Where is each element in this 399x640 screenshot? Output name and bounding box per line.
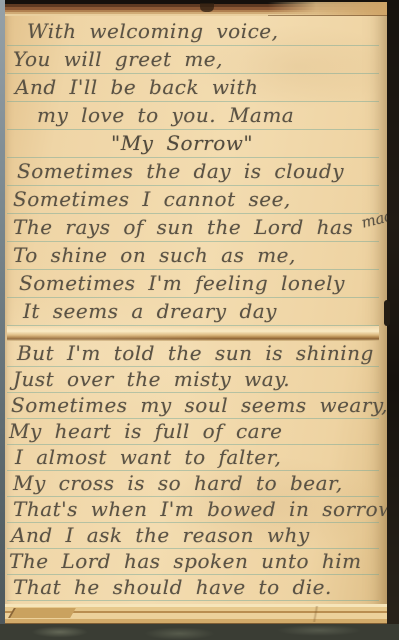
- handwritten-line-text: Sometimes I cannot see,: [13, 187, 291, 211]
- handwritten-line: But I'm told the sun is shining: [7, 341, 379, 367]
- handwritten-line-text: Just over the misty way.: [13, 367, 290, 391]
- handwritten-line-text: The rays of sun the Lord has: [13, 215, 353, 239]
- handwritten-line-text: That he should have to die.: [13, 575, 332, 599]
- handwritten-line: The Lord has spoken unto him: [7, 549, 379, 575]
- handwritten-line-text: Sometimes the day is cloudy: [17, 159, 344, 183]
- handwritten-line: Sometimes I'm feeling lonely: [7, 270, 379, 298]
- handwritten-line-text: My cross is so hard to bear,: [13, 471, 343, 495]
- page-edge-notch: [200, 3, 214, 12]
- handwritten-line: And I'll be back with: [7, 74, 379, 102]
- book-cover-bottom: [0, 624, 399, 640]
- handwritten-line-text: To shine on such as me,: [13, 243, 296, 267]
- book-spine-right-edge: [387, 0, 399, 640]
- handwritten-line: With welcoming voice,: [7, 18, 379, 46]
- page-stack-top-edges: [5, 0, 388, 16]
- handwritten-line: You will greet me,: [7, 46, 379, 74]
- handwritten-line: To shine on such as me,: [7, 242, 379, 270]
- stanza-top: With welcoming voice,You will greet me,A…: [7, 18, 379, 326]
- handwritten-line: My heart is full of care: [7, 419, 379, 445]
- handwritten-line-text: Sometimes my soul seems weary,: [11, 393, 388, 417]
- handwritten-line-text: That's when I'm bowed in sorrow,: [13, 497, 399, 521]
- handwritten-line: And I ask the reason why: [7, 523, 379, 549]
- stanza-bottom: But I'm told the sun is shiningJust over…: [7, 341, 379, 601]
- handwritten-line-text: I almost want to falter,: [15, 445, 281, 469]
- poem-title: "My Sorrow": [7, 130, 379, 158]
- handwritten-line-text: The Lord has spoken unto him: [9, 549, 362, 573]
- notebook-photo: With welcoming voice,You will greet me,A…: [0, 0, 399, 640]
- handwritten-line: My cross is so hard to bear,: [7, 471, 379, 497]
- handwritten-content: With welcoming voice,You will greet me,A…: [7, 18, 379, 627]
- handwritten-line-text: But I'm told the sun is shining: [17, 341, 374, 365]
- handwritten-line-text: And I ask the reason why: [11, 523, 310, 547]
- handwritten-line-text: It seems a dreary day: [23, 299, 277, 323]
- handwritten-line-text: You will greet me,: [13, 47, 223, 71]
- handwritten-line: Just over the misty way.: [7, 367, 379, 393]
- handwritten-line-text: My heart is full of care: [9, 419, 283, 443]
- handwritten-line-text: Sometimes I'm feeling lonely: [19, 271, 345, 295]
- handwritten-line: I almost want to falter,: [7, 445, 379, 471]
- handwritten-line: It seems a dreary day: [7, 298, 379, 326]
- poem-title-text: "My Sorrow": [111, 131, 253, 155]
- notebook-page: With welcoming voice,You will greet me,A…: [5, 0, 388, 626]
- page-bottom-fold: [5, 604, 388, 626]
- handwritten-line: That's when I'm bowed in sorrow,: [7, 497, 379, 523]
- handwritten-line: Sometimes I cannot see,: [7, 186, 379, 214]
- handwritten-line: Sometimes the day is cloudy: [7, 158, 379, 186]
- handwritten-line: my love to you. Mama: [7, 102, 379, 130]
- handwritten-line: That he should have to die.: [7, 575, 379, 601]
- handwritten-line: The rays of sun the Lord hasmade: [7, 214, 379, 242]
- handwritten-line-text: And I'll be back with: [15, 75, 258, 99]
- page-crease: [7, 326, 379, 341]
- handwritten-line-text: my love to you. Mama: [37, 103, 294, 127]
- handwritten-line: Sometimes my soul seems weary,: [7, 393, 379, 419]
- handwritten-line-text: With welcoming voice,: [27, 19, 279, 43]
